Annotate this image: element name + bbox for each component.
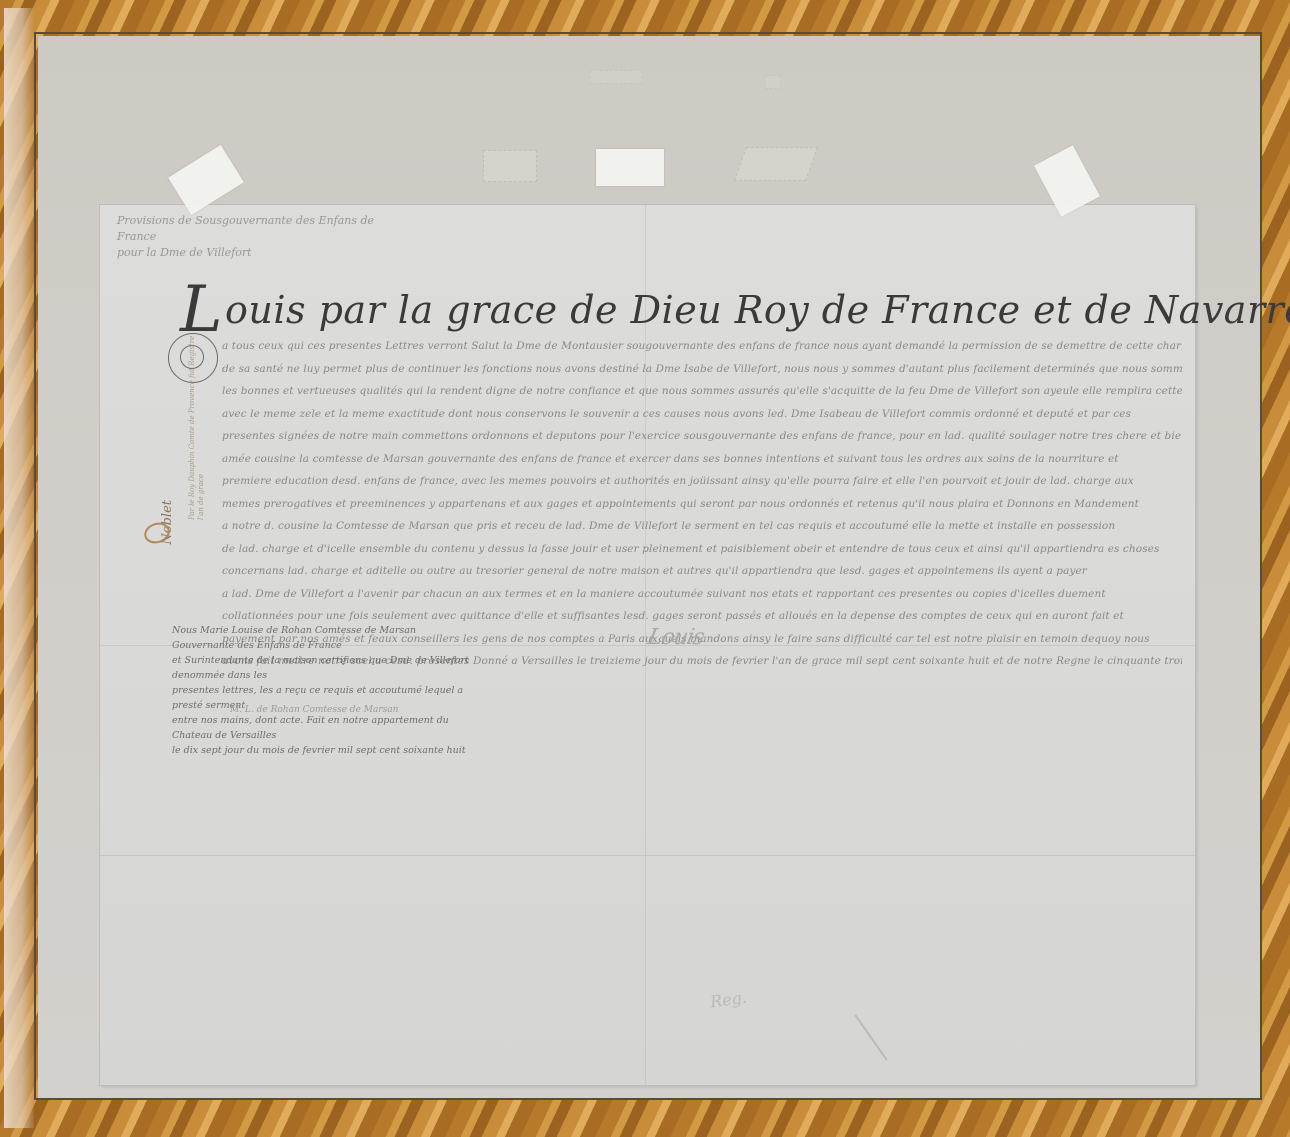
fold-line (100, 855, 1195, 856)
margin-note: Par le Roy Dauphin Comte de Provence fut… (188, 335, 218, 520)
endorsement: Provisions de Sousgouvernante des Enfans… (117, 213, 377, 261)
document-title: Louis par la grace de Dieu Roy de France… (180, 265, 1290, 339)
body-line: premiere education desd. enfans de franc… (222, 470, 1182, 493)
certification-line: entre nos mains, dont acte. Fait en notr… (172, 713, 472, 743)
endorsement-line: Provisions de Sousgouvernante des Enfans… (117, 213, 377, 245)
title-text: ouis par la grace de Dieu Roy de France … (225, 288, 1290, 332)
body-line: de lad. charge et d'icelle ensemble du c… (222, 538, 1182, 561)
body-line: amée cousine la comtesse de Marsan gouve… (222, 448, 1182, 471)
endorsement-line: pour la Dme de Villefort (117, 245, 377, 261)
body-line: a tous ceux qui ces presentes Lettres ve… (222, 335, 1182, 358)
faint-registration-mark: Reg. (709, 988, 748, 1012)
royal-signature: Louis (645, 625, 706, 650)
certification-note: Nous Marie Louise de Rohan Comtesse de M… (172, 623, 472, 758)
faint-stroke-mark (854, 1014, 887, 1060)
document-body: a tous ceux qui ces presentes Lettres ve… (222, 335, 1182, 673)
body-line: presentes signées de notre main commetto… (222, 425, 1182, 448)
tape-residue (734, 147, 818, 181)
body-line: avec le meme zele et la meme exactitude … (222, 403, 1182, 426)
certification-line: le dix sept jour du mois de fevrier mil … (172, 743, 472, 758)
certification-line: Nous Marie Louise de Rohan Comtesse de M… (172, 623, 472, 653)
certification-signature: M. L. de Rohan Comtesse de Marsan (230, 705, 398, 715)
body-line: de sa santé ne luy permet plus de contin… (222, 358, 1182, 381)
tape-residue (483, 150, 537, 182)
body-line: les bonnes et vertueuses qualités qui la… (222, 380, 1182, 403)
tape-residue (765, 75, 781, 89)
mounting-tape-center (596, 149, 664, 186)
body-line: a notre d. cousine la Comtesse de Marsan… (222, 515, 1182, 538)
body-line: a lad. Dme de Villefort a l'avenir par c… (222, 583, 1182, 606)
frame-glare (4, 8, 34, 1128)
certification-line: et Surintendante de la maison certifions… (172, 653, 472, 683)
body-line: concernans lad. charge et aditelle ou ou… (222, 560, 1182, 583)
body-line: memes prerogatives et preeminences y app… (222, 493, 1182, 516)
tape-residue (590, 70, 642, 84)
document-sheet: Provisions de Sousgouvernante des Enfans… (100, 205, 1195, 1085)
